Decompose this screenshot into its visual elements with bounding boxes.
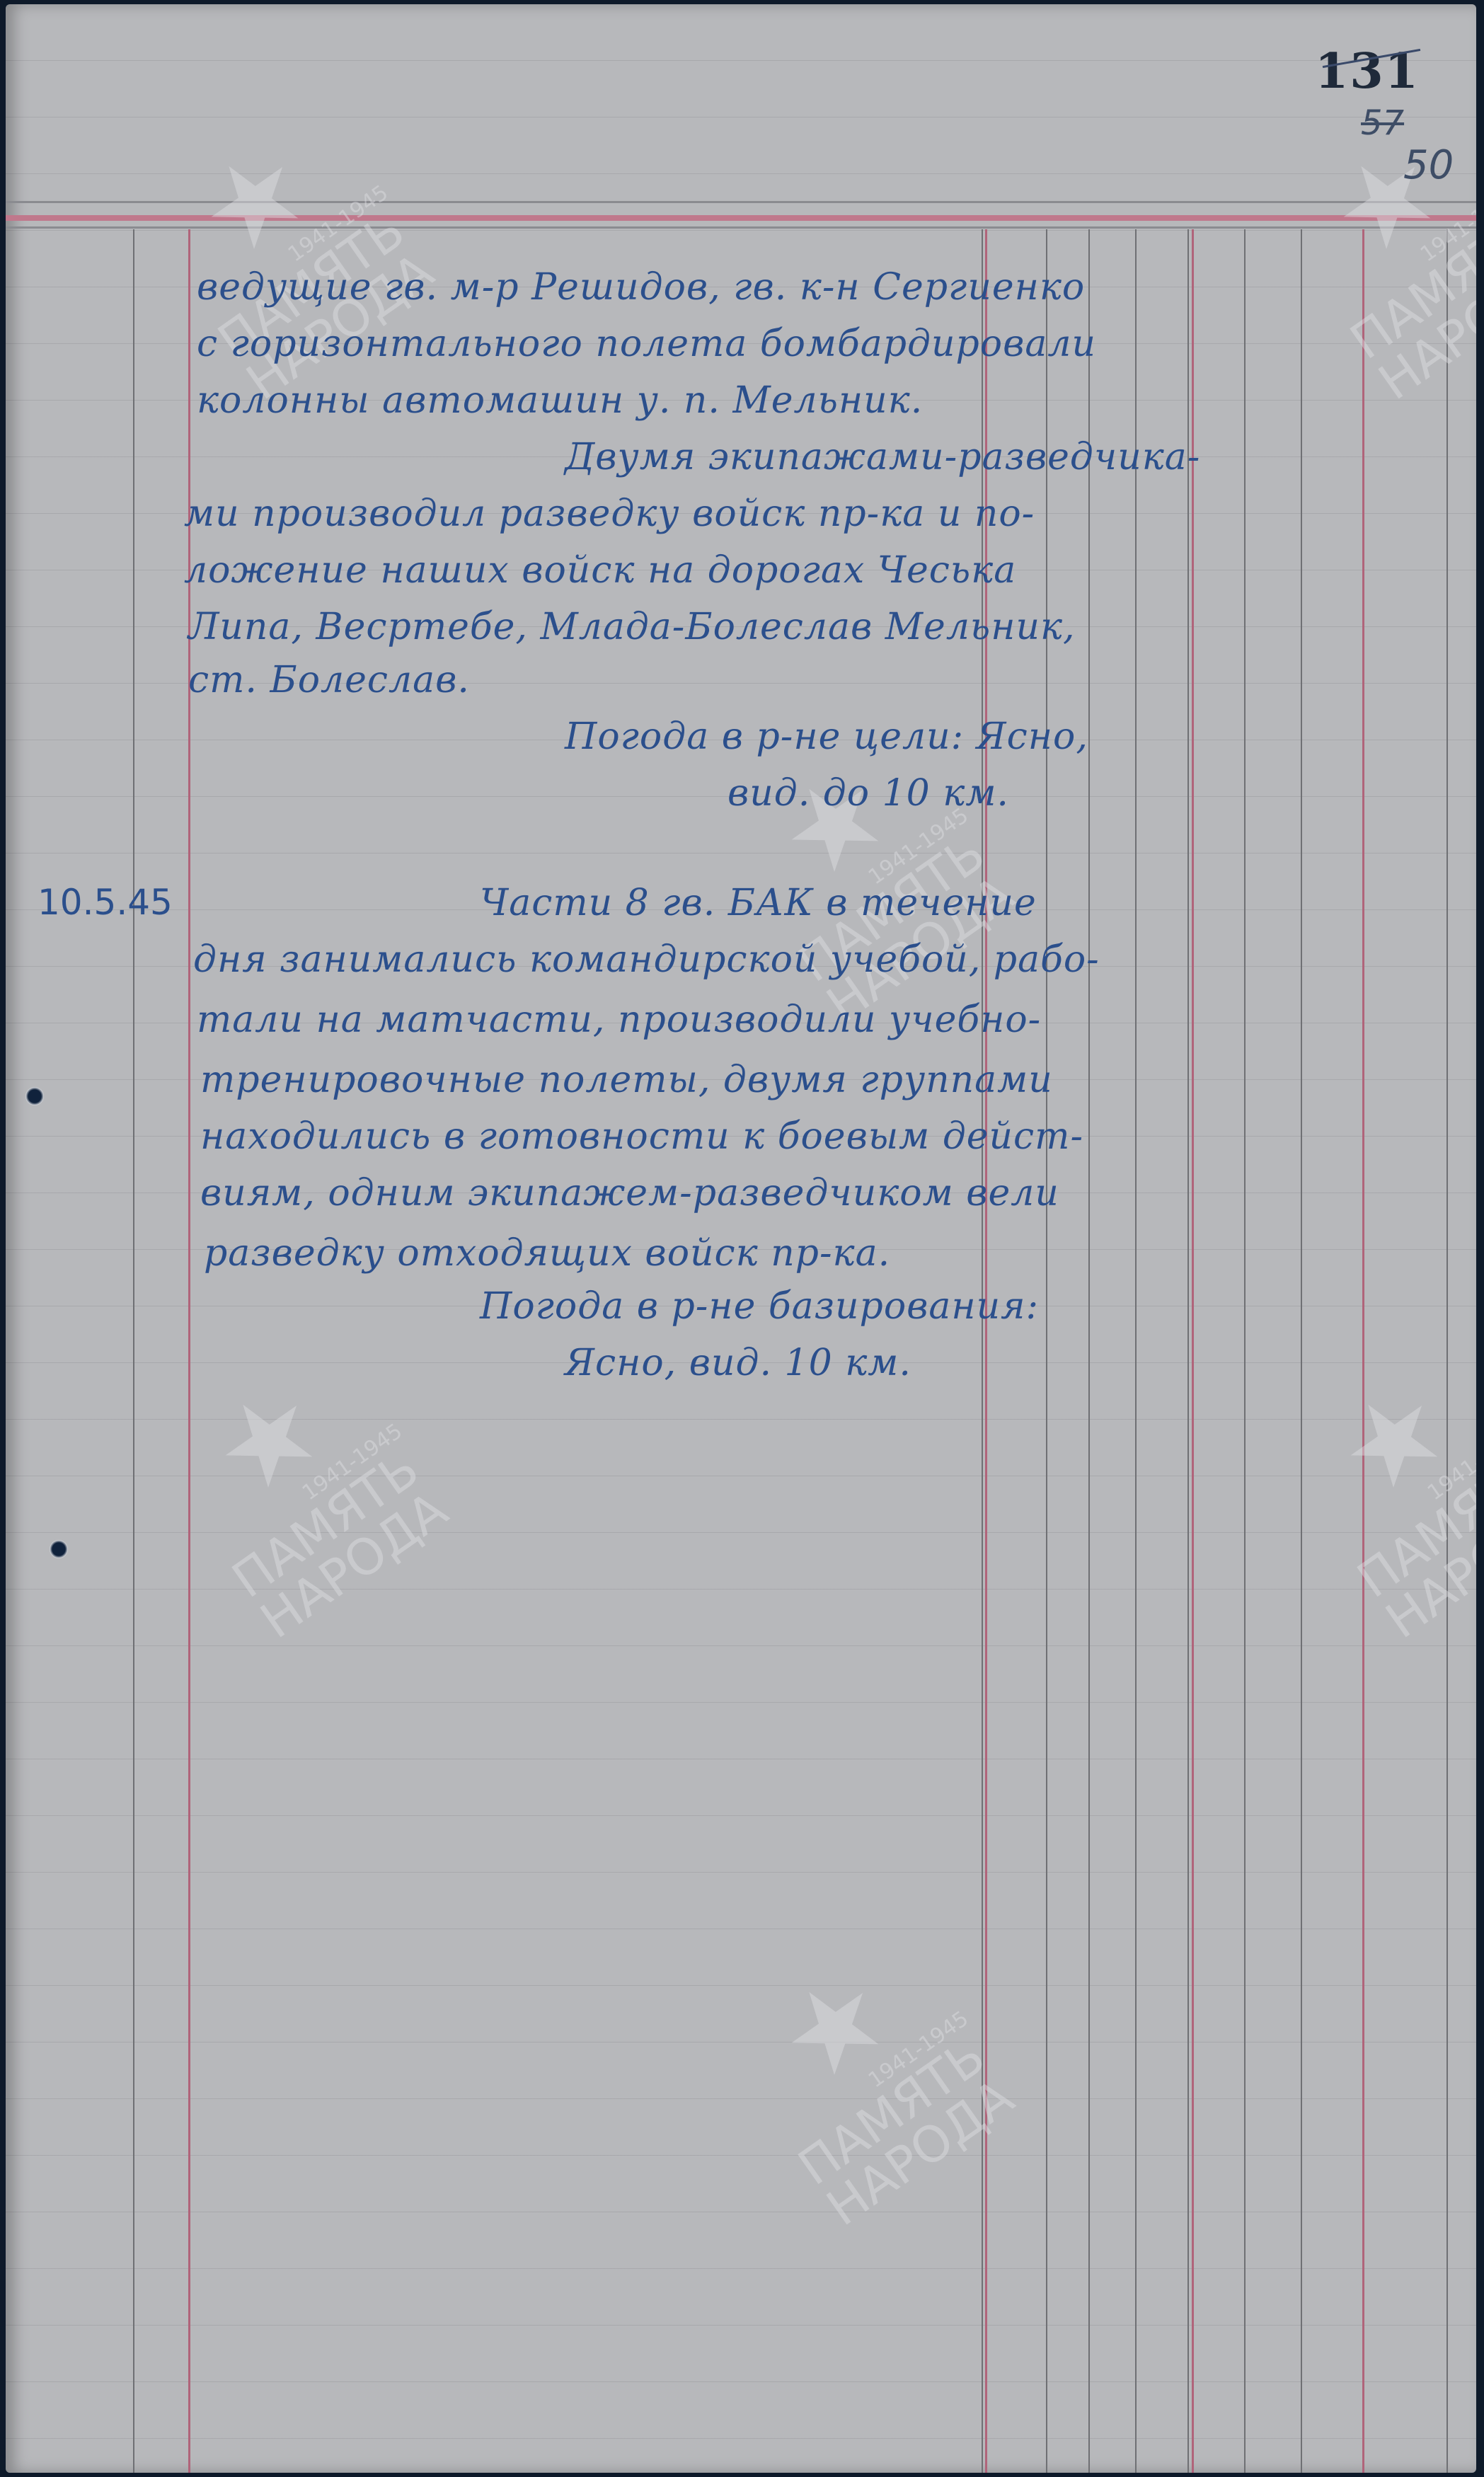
column-rule: [1446, 229, 1448, 2473]
document-page: ★ 1941-1945 ПАМЯТЬ НАРОДА ★ 1941-1945 ПА…: [6, 4, 1476, 2473]
header-rule-top: [6, 201, 1476, 203]
column-rule: [1301, 229, 1302, 2473]
entry-line: разведку отходящих войск пр-ка.: [204, 1232, 890, 1275]
entry-line: Липа, Весртебе, Млада-Болеслав Мельник,: [188, 606, 1076, 648]
header-rule-bottom: [6, 226, 1476, 229]
weather-line: Ясно, вид. 10 км.: [565, 1342, 911, 1384]
watermark: ★ 1941-1945 ПАМЯТЬ НАРОДА: [1272, 1328, 1476, 1646]
binding-hole: [50, 1540, 68, 1558]
binding-hole: [25, 1087, 44, 1105]
entry-line: Двумя экипажами-разведчика-: [565, 436, 1200, 478]
entry-line: ст. Болеслав.: [188, 659, 470, 701]
column-rule: [133, 229, 134, 2473]
star-icon: ★: [760, 1915, 960, 2103]
column-rule: [1088, 229, 1090, 2473]
entry-line: тали на матчасти, производили учебно-: [197, 999, 1041, 1041]
column-rule: [1244, 229, 1246, 2473]
old-folio-number: 57: [1361, 103, 1404, 143]
column-rule-red: [1192, 229, 1194, 2473]
entry-line: дня занимались командирской учебой, рабо…: [193, 938, 1100, 981]
weather-line: вид. до 10 км.: [727, 772, 1009, 815]
column-rule-red: [1362, 229, 1364, 2473]
column-rule: [1135, 229, 1137, 2473]
column-rule: [1187, 229, 1189, 2473]
weather-line: Погода в р-не цели: Ясно,: [565, 715, 1088, 758]
entry-date: 10.5.45: [38, 882, 173, 923]
entry-line: ми производил разведку войск пр-ка и по-: [184, 493, 1035, 535]
entry-line: колонны автомашин у. п. Мельник.: [197, 379, 923, 422]
weather-line: Погода в р-не базирования:: [480, 1285, 1039, 1328]
entry-line: с горизонтального полета бомбардировали: [197, 323, 1096, 365]
star-icon: ★: [194, 1328, 394, 1515]
star-icon: ★: [180, 89, 380, 277]
entry-line: виям, одним экипажем-разведчиком вели: [200, 1172, 1059, 1214]
entry-line: Части 8 гв. БАК в течение: [480, 882, 1037, 924]
entry-line: тренировочные полеты, двумя группами: [200, 1059, 1053, 1101]
new-folio-number: 50: [1403, 142, 1454, 188]
watermark: ★ 1941-1945 ПАМЯТЬ НАРОДА: [147, 1328, 463, 1646]
entry-line: ведущие гв. м-р Решидов, гв. к-н Сергиен…: [197, 266, 1085, 309]
entry-line: находились в готовности к боевым дейст-: [200, 1115, 1083, 1158]
star-icon: ★: [1319, 1328, 1476, 1515]
entry-line: ложение наших войск на дорогах Чеська: [184, 549, 1016, 592]
column-rule: [1046, 229, 1047, 2473]
header-rule-red: [6, 215, 1476, 221]
